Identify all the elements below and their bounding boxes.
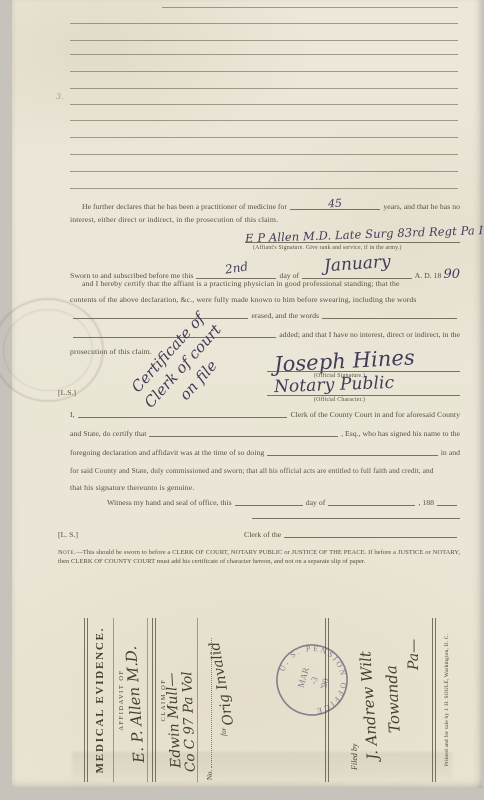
certify-line-2: contents of the above declaration, &c., … xyxy=(70,295,417,304)
erased-text: erased, and the words xyxy=(251,311,319,320)
docket-rule xyxy=(435,618,436,782)
ruled-line xyxy=(70,154,458,155)
note-label: Note. xyxy=(58,549,76,556)
declaration-text: years, and that he has no xyxy=(383,202,460,211)
ls-seal-mark: [L.S.] xyxy=(58,388,76,397)
declaration-line-1: He further declares that he has been a p… xyxy=(82,196,460,211)
declaration-text: He further declares that he has been a p… xyxy=(82,202,287,211)
witness-day-blank xyxy=(235,505,303,506)
erased-blank xyxy=(322,318,457,319)
certify-line-1: and I hereby certify that the affiant is… xyxy=(82,279,400,288)
esq-name-blank xyxy=(149,436,338,437)
ruled-line xyxy=(70,104,458,105)
number-label-text: No. xyxy=(206,770,214,780)
year-handwritten: 90 xyxy=(443,267,460,282)
filed-by-label: Filed by xyxy=(350,744,359,770)
clerk-text: foregoing declaration and affidavit was … xyxy=(70,448,264,457)
clerk-text: , Esq., who has signed his name to the xyxy=(341,429,460,438)
clerk-text: in and xyxy=(441,448,460,457)
pension-office-stamp: U. S. PENSION OFFICE MAR -3 '90 xyxy=(260,628,364,732)
filed-by-city: Towanda xyxy=(382,665,404,734)
jurat-line: Sworn to and subscribed before me this 2… xyxy=(70,258,460,280)
ruled-line xyxy=(70,188,458,189)
day-blank: 2nd xyxy=(196,264,276,279)
erased-line: erased, and the words xyxy=(70,311,460,320)
clerk-cert-line-5: that his signature thereunto is genuine. xyxy=(70,483,194,492)
paper-sheet: 3. He further declares that he has been … xyxy=(12,0,482,788)
claim-of-unit: Co C 97 Pa Vol xyxy=(179,671,199,772)
declaration-line-2: interest, either direct or indirect, in … xyxy=(70,215,278,224)
clerk-name-blank xyxy=(78,417,288,418)
added-text: added; and that I have no interest, dire… xyxy=(279,330,460,339)
witness-text: day of xyxy=(306,498,326,507)
signature-rule xyxy=(267,395,460,396)
years-blank: 45 xyxy=(290,196,380,210)
witness-line: Witness my hand and seal of office, this… xyxy=(107,498,460,507)
added-line: added; and that I have no interest, dire… xyxy=(70,330,460,339)
for-label: for xyxy=(220,728,228,736)
docket-rule xyxy=(87,618,88,782)
ruled-line xyxy=(70,40,458,41)
note-text: —This should be sworn to before a CLERK … xyxy=(58,549,460,565)
ruled-line xyxy=(70,71,458,72)
embossed-seal xyxy=(0,298,104,402)
stamp-graphic: U. S. PENSION OFFICE MAR -3 '90 xyxy=(260,628,364,732)
office-blank xyxy=(267,455,437,456)
years-handwritten: 45 xyxy=(328,197,343,211)
docket-rule xyxy=(155,618,156,782)
clerk-signature-rule xyxy=(252,518,460,519)
ruled-line xyxy=(70,120,458,121)
docket-panel: MEDICAL EVIDENCE. AFFIDAVIT OF E. P. All… xyxy=(82,612,457,788)
affiant-signature-caption: (Affiant's Signature. Give rank and serv… xyxy=(253,245,402,251)
filed-by-name: J. Andrew Wilt xyxy=(356,651,382,761)
clerk-text: and State, do certify that xyxy=(70,429,146,438)
clerk-cert-line-3: foregoing declaration and affidavit was … xyxy=(70,448,460,457)
scanned-document: 3. He further declares that he has been … xyxy=(0,0,484,800)
ruled-line xyxy=(70,137,458,138)
witness-text: Witness my hand and seal of office, this xyxy=(107,498,232,507)
clerk-of-the-text: Clerk of the xyxy=(244,530,281,539)
witness-text: , 188 xyxy=(418,498,434,507)
ls-seal-mark-2: [L. S.] xyxy=(58,530,78,539)
clerk-of-the-line: Clerk of the xyxy=(244,530,460,539)
docket-rule xyxy=(328,618,329,782)
notary-character: Notary Public xyxy=(274,373,395,397)
month-blank: January xyxy=(302,258,411,279)
witness-month-blank xyxy=(328,505,415,506)
affidavit-of-name: E. P. Allen M.D. xyxy=(122,645,148,763)
clerk-text: I, xyxy=(70,410,75,419)
docket-rule xyxy=(113,618,114,782)
ruled-line xyxy=(162,7,458,8)
clerk-of-the-blank xyxy=(284,537,457,538)
filed-by-state: Pa— xyxy=(406,639,422,670)
docket-rule xyxy=(147,618,148,782)
pencil-annotation: 3. xyxy=(56,92,64,101)
witness-year-blank xyxy=(437,505,457,506)
docket-rule xyxy=(432,618,433,782)
printer-credit: Printed and for sale by J. H. SOULÉ, Was… xyxy=(444,620,450,780)
docket-rule xyxy=(197,618,198,782)
ruled-line xyxy=(70,88,458,89)
ruled-line xyxy=(70,171,458,172)
clerk-text: Clerk of the County Court in and for afo… xyxy=(290,410,460,419)
month-handwritten: January xyxy=(323,252,391,277)
signature-rule xyxy=(245,242,460,243)
clerk-cert-line-4: for said County and State, duly commissi… xyxy=(70,466,434,475)
docket-rule xyxy=(325,618,326,782)
official-character-caption: (Official Character.) xyxy=(314,397,365,403)
clerk-cert-line-1: I, Clerk of the County Court in and for … xyxy=(70,410,460,419)
docket-rule xyxy=(152,618,153,782)
ruled-line xyxy=(70,23,458,24)
jurat-text: A. D. 18 xyxy=(415,271,442,280)
affidavit-of-label: AFFIDAVIT OF xyxy=(118,612,125,788)
ruled-line xyxy=(70,54,458,55)
docket-rule xyxy=(84,618,85,782)
clerk-cert-line-2: and State, do certify that , Esq., who h… xyxy=(70,429,460,438)
day-handwritten: 2nd xyxy=(224,259,249,276)
signature-rule xyxy=(267,371,460,372)
form-note: Note.—This should be sworn to before a C… xyxy=(58,549,460,566)
docket-title: MEDICAL EVIDENCE. xyxy=(94,612,106,788)
